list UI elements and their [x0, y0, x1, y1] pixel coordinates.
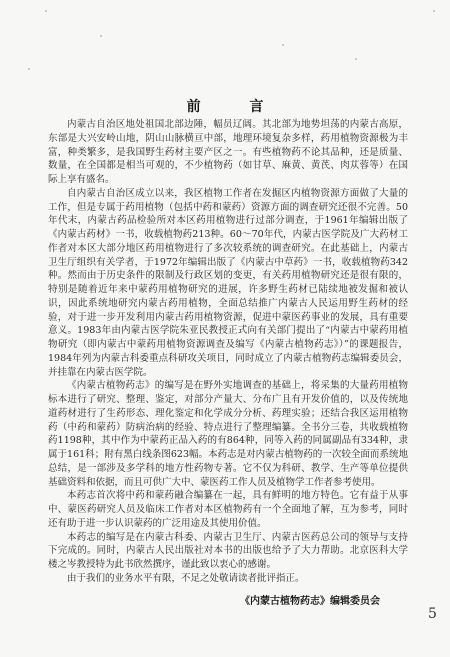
paragraph: 自内蒙古自治区成立以来，我区植物工作者在发掘区内植物资源方面做了大量的工作，但是… — [48, 187, 408, 380]
paragraph: 《内蒙古植物药志》的编写是在野外实地调查的基础上，将采集的大量药用植物标本进行了… — [48, 379, 408, 489]
page-title: 前 言 — [0, 96, 450, 116]
scan-speck — [355, 58, 357, 60]
scan-speck — [433, 10, 435, 12]
preface-body: 内蒙古自治区地处祖国北部边陲，幅员辽阔。其北部为地势坦荡的内蒙古高原，东部是大兴… — [48, 118, 408, 586]
paragraph: 本药志首次将中药和蒙药融合编纂在一起，具有鲜明的地方特色。它有益于从事中、蒙医药… — [48, 489, 408, 530]
paragraph: 内蒙古自治区地处祖国北部边陲，幅员辽阔。其北部为地势坦荡的内蒙古高原，东部是大兴… — [48, 118, 408, 187]
scan-speck — [28, 68, 30, 70]
signature: 《内蒙古植物药志》编辑委员会 — [240, 592, 380, 607]
handwritten-page-mark: 5 — [428, 606, 437, 622]
paragraph: 由于我们的业务水平有限，不足之处敬请读者批评指正。 — [48, 572, 408, 586]
scan-speck — [282, 44, 284, 46]
scan-speck — [45, 10, 47, 12]
paragraph: 本药志的编写是在内蒙古科委、内蒙古卫生厅、内蒙古医药总公司的领导与支持下完成的。… — [48, 531, 408, 572]
scan-speck — [100, 35, 102, 37]
